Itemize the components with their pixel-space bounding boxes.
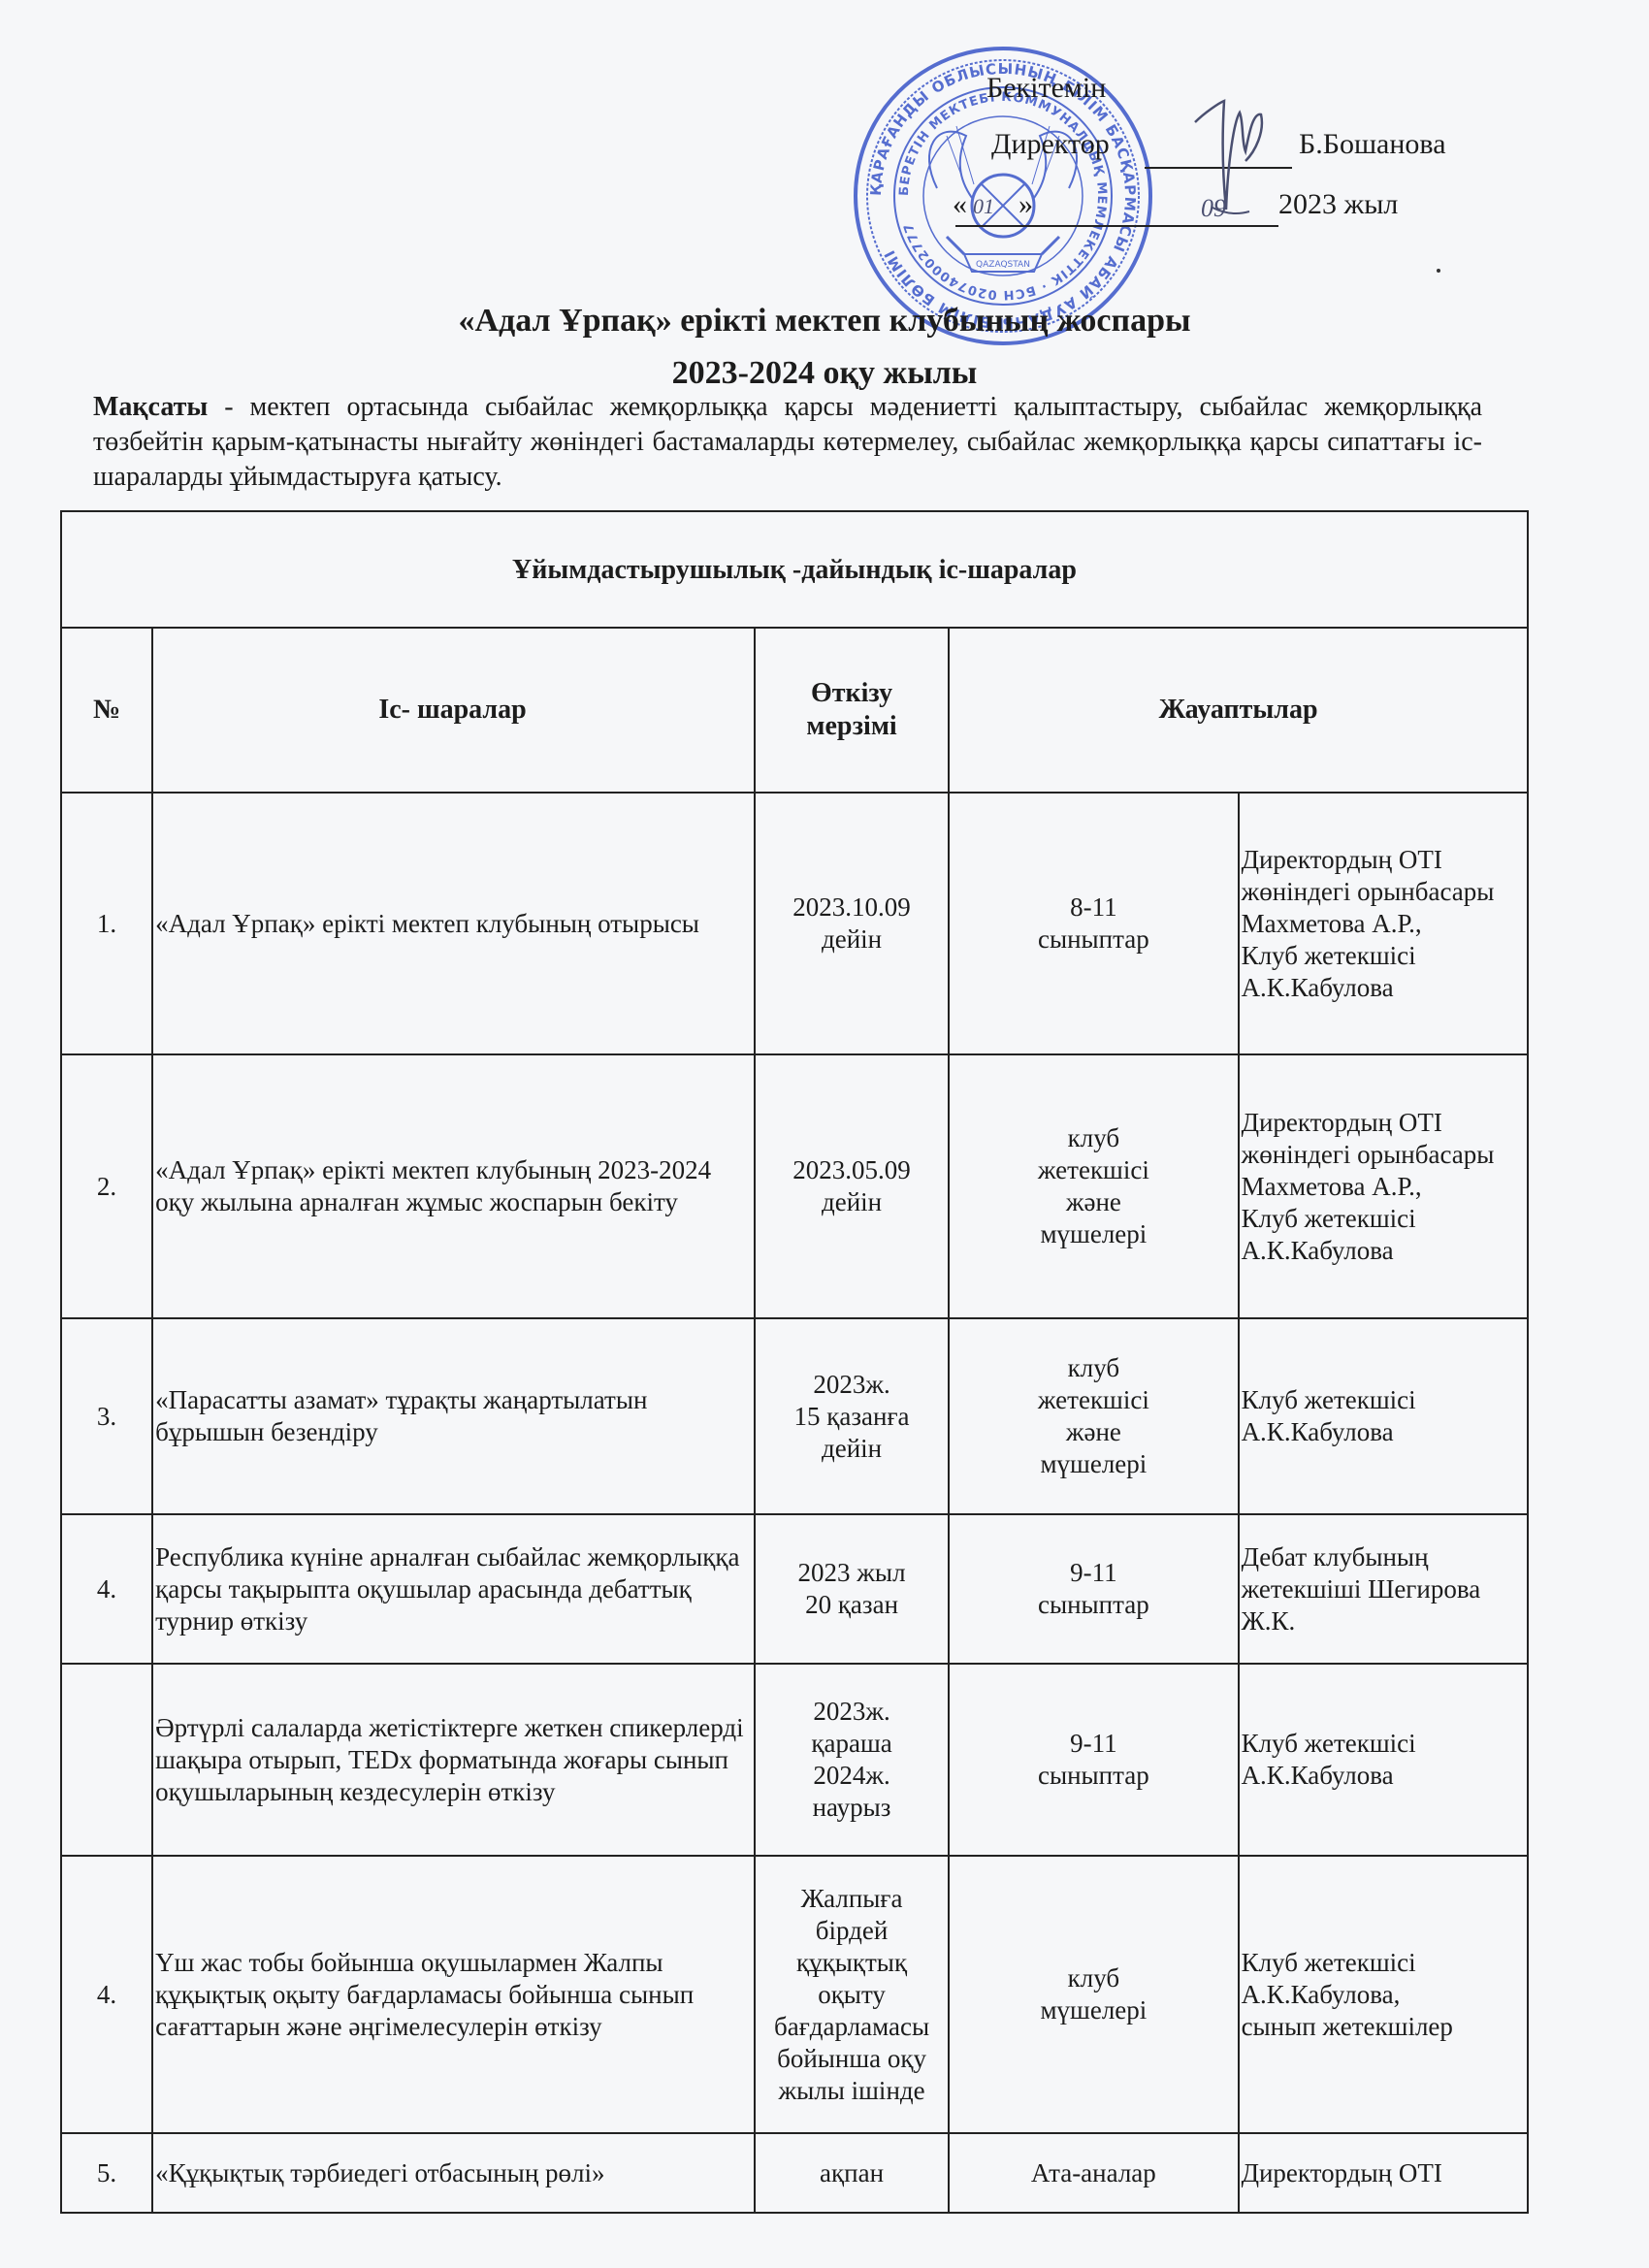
cell-deadline: 2023 жыл 20 қазан <box>755 1514 949 1664</box>
goal-paragraph: Мақсаты - мектеп ортасында сыбайлас жемқ… <box>93 390 1482 495</box>
cell-event: «Адал Ұрпақ» ерікті мектеп клубының 2023… <box>152 1054 755 1318</box>
date-quote-close: » <box>1018 190 1033 219</box>
cell-participants: Ата-аналар <box>949 2133 1238 2213</box>
header-number: № <box>61 628 152 793</box>
cell-responsible: Клуб жетекшісі А.К.Кабулова, сынып жетек… <box>1239 1856 1528 2133</box>
table-row: 5.«Құқықтық тәрбиедегі отбасының рөлі»ақ… <box>61 2133 1528 2213</box>
cell-responsible: Директордың ОТІ жөніндегі орынбасары Мах… <box>1239 1054 1528 1318</box>
svg-text:QAZAQSTAN: QAZAQSTAN <box>976 260 1030 270</box>
cell-participants: клуб жетекшісі және мүшелері <box>949 1318 1238 1514</box>
cell-participants: 9-11 сыныптар <box>949 1664 1238 1856</box>
table-row: 1.«Адал Ұрпақ» ерікті мектеп клубының от… <box>61 793 1528 1054</box>
cell-number: 4. <box>61 1856 152 2133</box>
date-quote-open: «01 <box>953 190 994 219</box>
svg-text:БЕРЕТІН МЕКТЕБІ КОММУНАЛДЫҚ МЕ: БЕРЕТІН МЕКТЕБІ КОММУНАЛДЫҚ МЕМЛЕКЕТТІК … <box>897 90 1109 302</box>
document-subtitle: 2023-2024 оқу жылы <box>0 355 1649 392</box>
cell-event: «Адал Ұрпақ» ерікті мектеп клубының отыр… <box>152 793 755 1054</box>
cell-deadline: ақпан <box>755 2133 949 2213</box>
speck <box>1437 269 1440 273</box>
cell-deadline: 2023ж. 15 қазанға дейін <box>755 1318 949 1514</box>
cell-number: 1. <box>61 793 152 1054</box>
plan-table: Ұйымдастырушылық -дайындық іс-шаралар № … <box>60 510 1529 2214</box>
cell-event: Республика күніне арналған сыбайлас жемқ… <box>152 1514 755 1664</box>
director-name: Б.Бошанова <box>1299 130 1446 159</box>
date-year: 2023 жыл <box>1278 190 1398 219</box>
cell-number: 5. <box>61 2133 152 2213</box>
approval-title: Бекітемін <box>986 74 1106 103</box>
cell-responsible: Директордың ОТІ <box>1239 2133 1528 2213</box>
goal-label: Мақсаты <box>93 392 208 422</box>
date-month: 09 <box>1201 196 1226 221</box>
cell-number: 3. <box>61 1318 152 1514</box>
document-page: ҚАРАҒАНДЫ ОБЛЫСЫНЫҢ БІЛІМ БАСҚАРМАСЫ АБА… <box>0 0 1649 2268</box>
cell-number: 4. <box>61 1514 152 1664</box>
cell-deadline: Жалпыға бірдей құқықтық оқыту бағдарлама… <box>755 1856 949 2133</box>
cell-number: 2. <box>61 1054 152 1318</box>
cell-deadline: 2023.10.09 дейін <box>755 793 949 1054</box>
cell-participants: 9-11 сыныптар <box>949 1514 1238 1664</box>
cell-participants: клуб мүшелері <box>949 1856 1238 2133</box>
director-label: Директор <box>991 130 1110 159</box>
goal-text: - мектеп ортасында сыбайлас жемқорлыққа … <box>93 392 1482 492</box>
cell-number <box>61 1664 152 1856</box>
table-row: 4.Үш жас тобы бойынша оқушылармен Жалпы … <box>61 1856 1528 2133</box>
cell-responsible: Клуб жетекшісі А.К.Кабулова <box>1239 1318 1528 1514</box>
cell-deadline: 2023.05.09 дейін <box>755 1054 949 1318</box>
date-quote-open-glyph: « <box>953 188 967 220</box>
cell-event: Әртүрлі салаларда жетістіктерге жеткен с… <box>152 1664 755 1856</box>
date-month-line <box>1007 225 1278 227</box>
section-title: Ұйымдастырушылық -дайындық іс-шаралар <box>61 511 1528 628</box>
cell-participants: клуб жетекшісі және мүшелері <box>949 1054 1238 1318</box>
cell-event: Үш жас тобы бойынша оқушылармен Жалпы құ… <box>152 1856 755 2133</box>
document-title: «Адал Ұрпақ» ерікті мектеп клубының жосп… <box>0 303 1649 340</box>
cell-event: «Құқықтық тәрбиедегі отбасының рөлі» <box>152 2133 755 2213</box>
column-header-row: № Іс- шаралар Өткізу мерзімі Жауаптылар <box>61 628 1528 793</box>
section-header-row: Ұйымдастырушылық -дайындық іс-шаралар <box>61 511 1528 628</box>
table-row: 4.Республика күніне арналған сыбайлас же… <box>61 1514 1528 1664</box>
cell-responsible: Директордың ОТІ жөніндегі орынбасары Мах… <box>1239 793 1528 1054</box>
cell-participants: 8-11 сыныптар <box>949 793 1238 1054</box>
table-row: Әртүрлі салаларда жетістіктерге жеткен с… <box>61 1664 1528 1856</box>
table-row: 2.«Адал Ұрпақ» ерікті мектеп клубының 20… <box>61 1054 1528 1318</box>
cell-deadline: 2023ж. қараша 2024ж. наурыз <box>755 1664 949 1856</box>
cell-event: «Парасатты азамат» тұрақты жаңартылатын … <box>152 1318 755 1514</box>
cell-responsible: Клуб жетекшісі А.К.Кабулова <box>1239 1664 1528 1856</box>
cell-responsible: Дебат клубының жетекшіші Шегирова Ж.К. <box>1239 1514 1528 1664</box>
header-responsible: Жауаптылар <box>949 628 1528 793</box>
table-row: 3.«Парасатты азамат» тұрақты жаңартылаты… <box>61 1318 1528 1514</box>
header-events: Іс- шаралар <box>152 628 755 793</box>
date-day: 01 <box>973 194 994 218</box>
header-deadline: Өткізу мерзімі <box>755 628 949 793</box>
